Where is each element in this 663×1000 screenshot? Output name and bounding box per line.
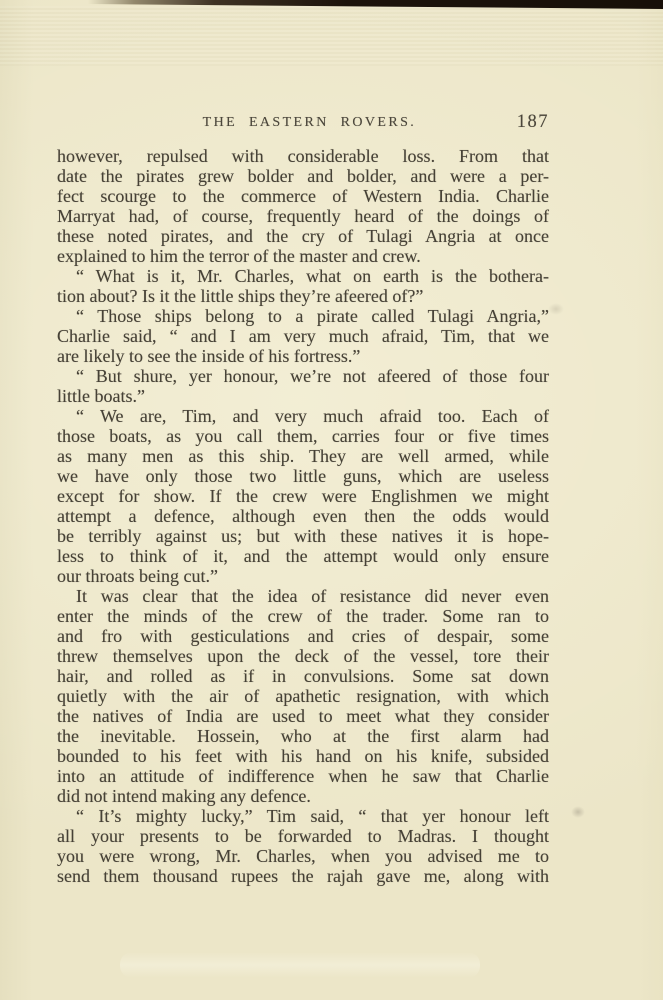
- text-line: threw themselves upon the deck of the ve…: [57, 646, 549, 666]
- text-line: bounded to his feet with his hand on his…: [57, 746, 549, 766]
- text-line: except for show. If the crew were Englis…: [57, 486, 549, 506]
- text-line: did not intend making any defence.: [57, 786, 549, 806]
- text-line: “ It’s mighty lucky,” Tim said, “ that y…: [57, 806, 549, 826]
- text-line: send them thousand rupees the rajah gave…: [57, 866, 549, 886]
- text-line: “ We are, Tim, and very much afraid too.…: [57, 406, 549, 426]
- text-line: date the pirates grew bolder and bolder,…: [57, 166, 549, 186]
- text-line: “ But shure, yer honour, we’re not afeer…: [57, 366, 549, 386]
- text-line: the inevitable. Hossein, who at the firs…: [57, 726, 549, 746]
- text-line: hair, and rolled as if in convulsions. S…: [57, 666, 549, 686]
- text-line: are likely to see the inside of his fort…: [57, 346, 549, 366]
- text-line: all your presents to be forwarded to Mad…: [57, 826, 549, 846]
- text-line: explained to him the terror of the maste…: [57, 246, 549, 266]
- text-line: Marryat had, of course, frequently heard…: [57, 206, 549, 226]
- text-line: and fro with gesticulations and cries of…: [57, 626, 549, 646]
- text-line: the natives of India are used to meet wh…: [57, 706, 549, 726]
- text-line: enter the minds of the crew of the trade…: [57, 606, 549, 626]
- scan-light-band: [120, 952, 480, 978]
- text-line: “ What is it, Mr. Charles, what on earth…: [57, 266, 549, 286]
- text-line: we have only those two little guns, whic…: [57, 466, 549, 486]
- paper-smudge: [571, 806, 585, 818]
- text-line: tion about? Is it the little ships they’…: [57, 286, 549, 306]
- text-line: our throats being cut.”: [57, 566, 549, 586]
- scan-streaks: [0, 6, 663, 66]
- text-line: fect scourge to the commerce of Western …: [57, 186, 549, 206]
- text-line: be terribly against us; but with these n…: [57, 526, 549, 546]
- text-line: less to think of it, and the attempt wou…: [57, 546, 549, 566]
- text-line: as many men as this ship. They are well …: [57, 446, 549, 466]
- text-line: however, repulsed with considerable loss…: [57, 146, 549, 166]
- text-line: Charlie said, “ and I am very much afrai…: [57, 326, 549, 346]
- book-page-scan: THE EASTERN ROVERS. 187 however, repulse…: [0, 0, 663, 1000]
- text-line: “ Those ships belong to a pirate called …: [57, 306, 549, 326]
- text-line: these noted pirates, and the cry of Tula…: [57, 226, 549, 246]
- text-line: little boats.”: [57, 386, 549, 406]
- text-line: quietly with the air of apathetic resign…: [57, 686, 549, 706]
- text-line: attempt a defence, although even then th…: [57, 506, 549, 526]
- running-header: THE EASTERN ROVERS. 187: [57, 112, 549, 134]
- text-line: It was clear that the idea of resistance…: [57, 586, 549, 606]
- page-number: 187: [517, 112, 549, 133]
- text-block: however, repulsed with considerable loss…: [57, 146, 549, 886]
- running-header-title: THE EASTERN ROVERS.: [203, 115, 417, 131]
- text-line: you were wrong, Mr. Charles, when you ad…: [57, 846, 549, 866]
- text-line: those boats, as you call them, carries f…: [57, 426, 549, 446]
- text-line: into an attitude of indifference when he…: [57, 766, 549, 786]
- scan-edge-shadow: [88, 0, 663, 9]
- paper-smudge: [548, 303, 564, 315]
